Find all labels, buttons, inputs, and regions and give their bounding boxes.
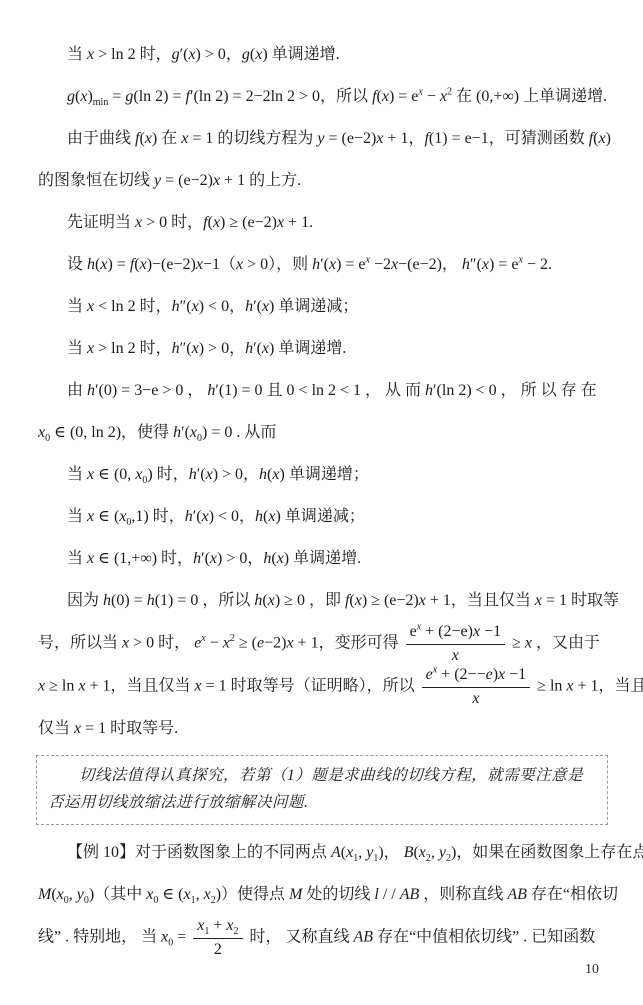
document-body: 当 x > ln 2 时，g′(x) > 0，g(x) 单调递增.g(x)min…: [38, 34, 608, 960]
text-line: 由 h′(0) = 3−e > 0 ， h′(1) = 0 且 0 < ln 2…: [38, 370, 608, 412]
text-line: 当 x ∈ (0, x0) 时，h′(x) > 0，h(x) 单调递增；: [38, 454, 608, 496]
note-box: 切线法值得认真探究，若第（1）题是求曲线的切线方程，就需要注意是否运用切线放缩法…: [36, 755, 608, 825]
page-number: 10: [585, 962, 599, 978]
text-line: 【例 10】对于函数图象上的不同两点 A(x1, y1)， B(x2, y2)，…: [38, 832, 608, 874]
fraction: x1 + x22: [193, 916, 242, 959]
text-line: 设 h(x) = f(x)−(e−2)x−1（x > 0），则 h′(x) = …: [38, 244, 608, 286]
text-line: x ≥ ln x + 1，当且仅当 x = 1 时取等号（证明略），所以 ex …: [38, 665, 608, 708]
text-line: g(x)min = g(ln 2) = f′(ln 2) = 2−2ln 2 >…: [38, 76, 608, 118]
text-line: M(x0, y0)（其中 x0 ∈ (x1, x2)）使得点 M 处的切线 l …: [38, 874, 608, 916]
text-line: 号，所以当 x > 0 时， ex − x2 ≥ (e−2)x + 1，变形可得…: [38, 622, 608, 665]
text-line: 当 x < ln 2 时，h″(x) < 0，h′(x) 单调递减；: [38, 286, 608, 328]
text-line: 当 x > ln 2 时，h″(x) > 0，h′(x) 单调递增.: [38, 328, 608, 370]
document-page: 当 x > ln 2 时，g′(x) > 0，g(x) 单调递增.g(x)min…: [0, 0, 643, 1005]
fraction: ex + (2−e)x −1x: [406, 622, 506, 665]
text-line: 线” . 特别地， 当 x0 = x1 + x22 时， 又称直线 AB 存在“…: [38, 916, 608, 959]
fraction: ex + (2−−e)x −1x: [422, 665, 531, 708]
text-line: 因为 h(0) = h(1) = 0 ，所以 h(x) ≥ 0 ，即 f(x) …: [38, 580, 608, 622]
text-line: 由于曲线 f(x) 在 x = 1 的切线方程为 y = (e−2)x + 1，…: [38, 118, 608, 160]
text-line: 当 x ∈ (x0,1) 时，h′(x) < 0，h(x) 单调递减；: [38, 496, 608, 538]
text-line: 当 x > ln 2 时，g′(x) > 0，g(x) 单调递增.: [38, 34, 608, 76]
text-line: x0 ∈ (0, ln 2)，使得 h′(x0) = 0 . 从而: [38, 412, 608, 454]
text-line: 的图象恒在切线 y = (e−2)x + 1 的上方.: [38, 160, 608, 202]
text-line: 先证明当 x > 0 时，f(x) ≥ (e−2)x + 1.: [38, 202, 608, 244]
text-line: 仅当 x = 1 时取等号.: [38, 708, 608, 750]
text-line: 当 x ∈ (1,+∞) 时，h′(x) > 0，h(x) 单调递增.: [38, 538, 608, 580]
